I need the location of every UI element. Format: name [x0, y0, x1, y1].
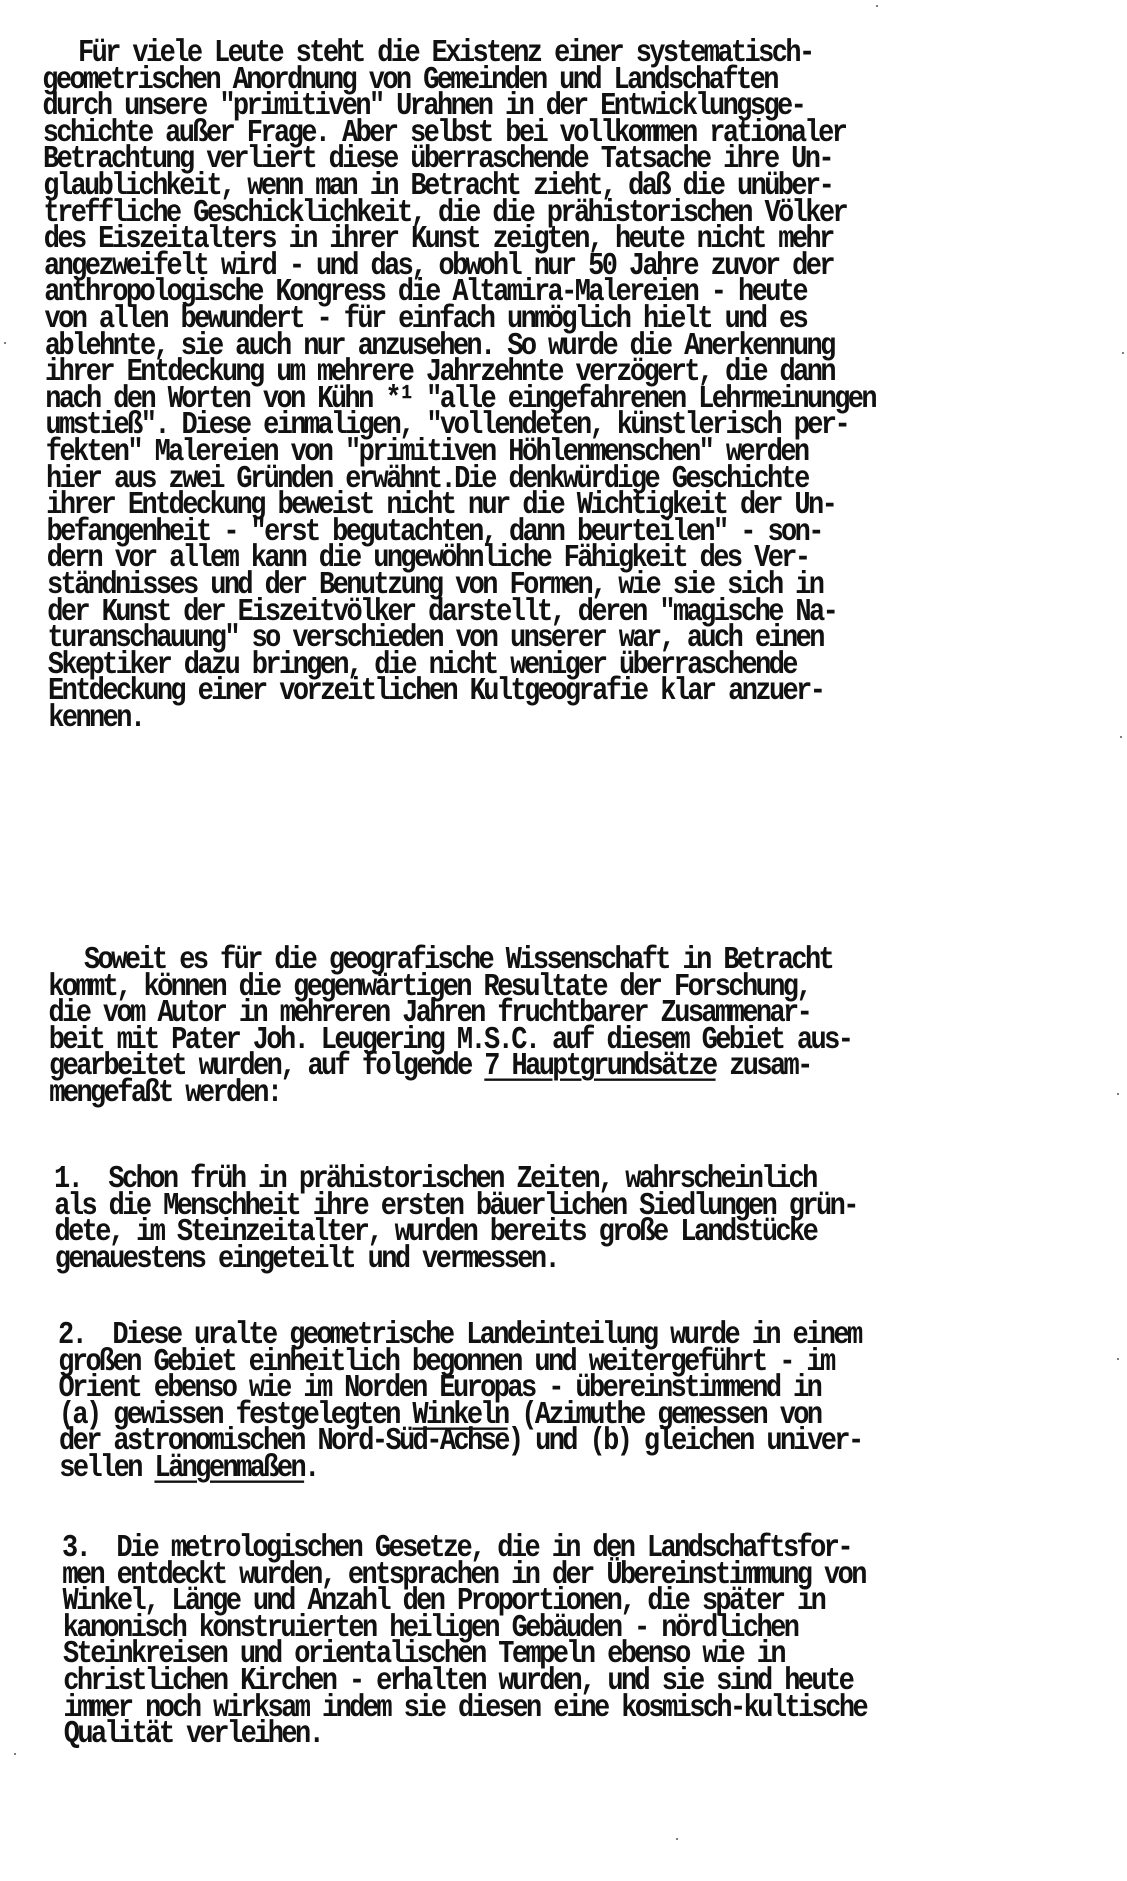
underlined-term: Längenmaßen	[154, 1451, 304, 1486]
text-run: zusam-	[716, 1049, 811, 1084]
text-line: kennen.	[48, 701, 143, 736]
text-line: Qualität verleihen.	[64, 1717, 322, 1752]
text-line: genauestens eingeteilt und vermessen.	[55, 1242, 558, 1277]
scan-speck	[1117, 1093, 1119, 1095]
text-line: sellen Längenmaßen.	[59, 1451, 317, 1486]
underlined-term: 7 Hauptgrundsätze	[484, 1049, 715, 1084]
scan-speck	[876, 5, 878, 7]
scan-speck	[676, 1838, 678, 1840]
scan-speck	[1120, 736, 1122, 738]
text-run: .	[304, 1451, 318, 1486]
text-line: Entdeckung einer vorzeitlichen Kultgeogr…	[48, 674, 823, 709]
scanned-page: Für viele Leute steht die Existenz einer…	[0, 0, 1127, 1881]
text-line: mengefaßt werden:	[49, 1076, 280, 1111]
text-run: sellen	[59, 1451, 154, 1486]
text-run: genauestens eingeteilt und vermessen.	[55, 1242, 558, 1277]
scan-speck	[1122, 352, 1124, 354]
scan-speck	[4, 342, 6, 344]
text-run: Qualität verleihen.	[64, 1717, 322, 1752]
text-run: Entdeckung einer vorzeitlichen Kultgeogr…	[48, 674, 823, 709]
scan-speck	[1117, 1358, 1119, 1360]
text-run: kennen.	[48, 701, 143, 736]
text-run: mengefaßt werden:	[49, 1076, 280, 1111]
scan-speck	[14, 1753, 16, 1755]
